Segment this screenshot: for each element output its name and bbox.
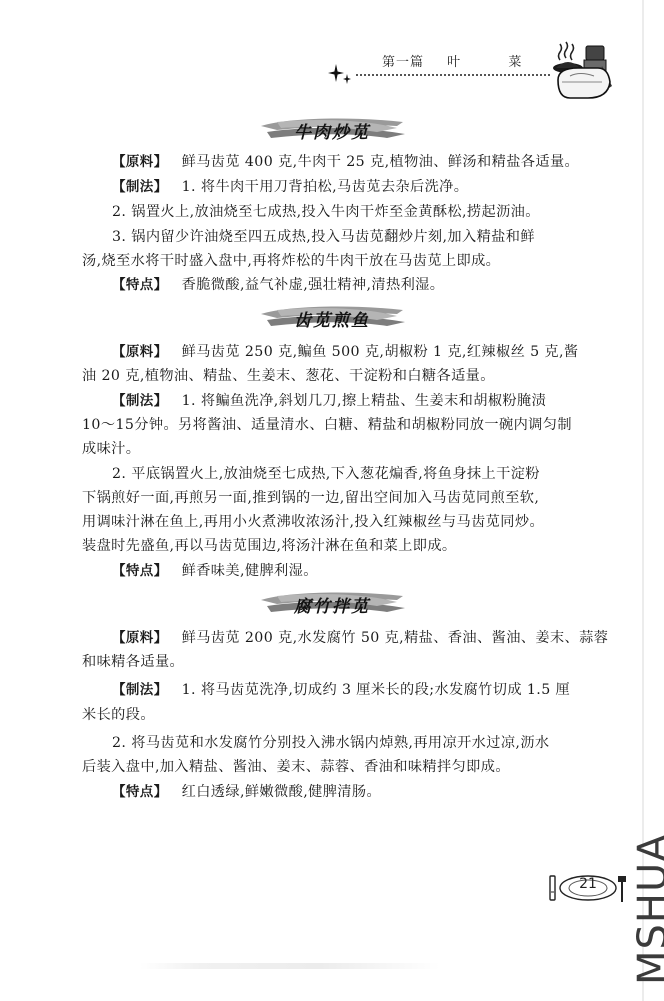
recipe-title-text: 齿苋煎鱼 xyxy=(0,306,664,331)
section-label: 【特点】 xyxy=(112,784,168,800)
section-label: 【制法】 xyxy=(112,682,168,698)
chef-illustration-icon xyxy=(550,40,622,106)
recipe-title-text: 牛肉炒苋 xyxy=(0,118,664,143)
line-text: 1. 将马齿苋洗净,切成约 3 厘米长的段;水发腐竹切成 1.5 厘 xyxy=(182,682,571,698)
method-step: 2. 平底锅置火上,放油烧至七成热,下入葱花煸香,将鱼身抹上干淀粉 xyxy=(112,464,622,484)
method-step-continued: 米长的段。 xyxy=(82,705,622,725)
ingredients-line: 【原料】鲜马齿苋 250 克,鳊鱼 500 克,胡椒粉 1 克,红辣椒丝 5 克… xyxy=(112,342,622,362)
method-step: 3. 锅内留少许油烧至四五成热,投入马齿苋翻炒片刻,加入精盐和鲜 xyxy=(112,227,622,247)
features-line: 【特点】鲜香味美,健脾利湿。 xyxy=(112,561,622,581)
recipe-title-text: 腐竹拌苋 xyxy=(0,592,664,617)
method-step: 2. 将马齿苋和水发腐竹分别投入沸水锅内焯熟,再用凉开水过凉,沥水 xyxy=(112,733,622,753)
line-text: 红白透绿,鲜嫩微酸,健脾清肠。 xyxy=(182,784,381,800)
method-step-continued: 成味汁。 xyxy=(82,439,622,459)
method-step-continued: 后装入盘中,加入精盐、酱油、姜末、蒜蓉、香油和味精拌匀即成。 xyxy=(82,757,622,777)
method-step-continued: 用调味汁淋在鱼上,再用小火煮沸收浓汤汁,投入红辣椒丝与马齿苋同炒。 xyxy=(82,512,622,532)
section-label: 【制法】 xyxy=(112,393,168,409)
chapter-number: 第一篇 xyxy=(382,51,424,70)
method-line: 【制法】1. 将牛肉干用刀背拍松,马齿苋去杂后洗净。 xyxy=(112,177,622,197)
running-header: 第一篇 叶 菜 xyxy=(320,40,660,110)
line-text: 鲜马齿苋 200 克,水发腐竹 50 克,精盐、香油、酱油、姜末、蒜蓉 xyxy=(182,630,609,646)
ingredients-line: 【原料】鲜马齿苋 200 克,水发腐竹 50 克,精盐、香油、酱油、姜末、蒜蓉 xyxy=(112,628,622,648)
line-text: 鲜香味美,健脾利湿。 xyxy=(182,563,318,579)
page-number: 21 xyxy=(568,876,608,892)
line-text: 鲜马齿苋 250 克,鳊鱼 500 克,胡椒粉 1 克,红辣椒丝 5 克,酱 xyxy=(182,344,579,360)
dotted-rule xyxy=(356,74,550,76)
line-text: 香脆微酸,益气补虚,强壮精神,清热利湿。 xyxy=(182,277,445,293)
method-line: 【制法】1. 将鳊鱼洗净,斜划几刀,擦上精盐、生姜末和胡椒粉腌渍 xyxy=(112,391,622,411)
section-label: 【原料】 xyxy=(112,630,168,646)
bleed-through-text xyxy=(140,963,440,969)
ingredients-line: 【原料】鲜马齿苋 400 克,牛肉干 25 克,植物油、鲜汤和精盐各适量。 xyxy=(112,152,622,172)
watermark: MSHUA xyxy=(630,833,664,985)
chapter-word-1: 叶 xyxy=(447,51,461,70)
sparkle-icon xyxy=(328,62,358,86)
ingredients-continued: 油 20 克,植物油、精盐、生姜末、葱花、干淀粉和白糖各适量。 xyxy=(82,366,622,386)
chapter-word-2: 菜 xyxy=(508,51,522,70)
line-text: 1. 将鳊鱼洗净,斜划几刀,擦上精盐、生姜末和胡椒粉腌渍 xyxy=(182,393,547,409)
method-step-continued: 汤,烧至水将干时盛入盘中,再将炸松的牛肉干放在马齿苋上即成。 xyxy=(82,251,622,271)
section-label: 【特点】 xyxy=(112,277,168,293)
method-line: 【制法】1. 将马齿苋洗净,切成约 3 厘米长的段;水发腐竹切成 1.5 厘 xyxy=(112,680,622,700)
line-text: 1. 将牛肉干用刀背拍松,马齿苋去杂后洗净。 xyxy=(182,179,469,195)
page-number-badge: 21 xyxy=(548,870,628,906)
method-step-continued: 装盘时先盛鱼,再以马齿苋围边,将汤汁淋在鱼和菜上即成。 xyxy=(82,536,622,556)
section-label: 【原料】 xyxy=(112,344,168,360)
ingredients-continued: 和味精各适量。 xyxy=(82,652,622,672)
features-line: 【特点】香脆微酸,益气补虚,强壮精神,清热利湿。 xyxy=(112,275,622,295)
recipe-title-3: 腐竹拌苋 xyxy=(0,586,664,622)
recipe-title-2: 齿苋煎鱼 xyxy=(0,300,664,336)
section-label: 【特点】 xyxy=(112,563,168,579)
chapter-title: 第一篇 叶 菜 xyxy=(382,51,522,70)
recipe-title-1: 牛肉炒苋 xyxy=(0,112,664,148)
line-text: 鲜马齿苋 400 克,牛肉干 25 克,植物油、鲜汤和精盐各适量。 xyxy=(182,154,580,170)
section-label: 【原料】 xyxy=(112,154,168,170)
method-step-continued: 10～15分钟。另将酱油、适量清水、白糖、精盐和胡椒粉同放一碗内调匀制 xyxy=(82,415,622,435)
method-step: 2. 锅置火上,放油烧至七成热,投入牛肉干炸至金黄酥松,捞起沥油。 xyxy=(112,202,622,222)
section-label: 【制法】 xyxy=(112,179,168,195)
features-line: 【特点】红白透绿,鲜嫩微酸,健脾清肠。 xyxy=(112,782,622,802)
method-step-continued: 下锅煎好一面,再煎另一面,推到锅的一边,留出空间加入马齿苋同煎至软, xyxy=(82,488,622,508)
